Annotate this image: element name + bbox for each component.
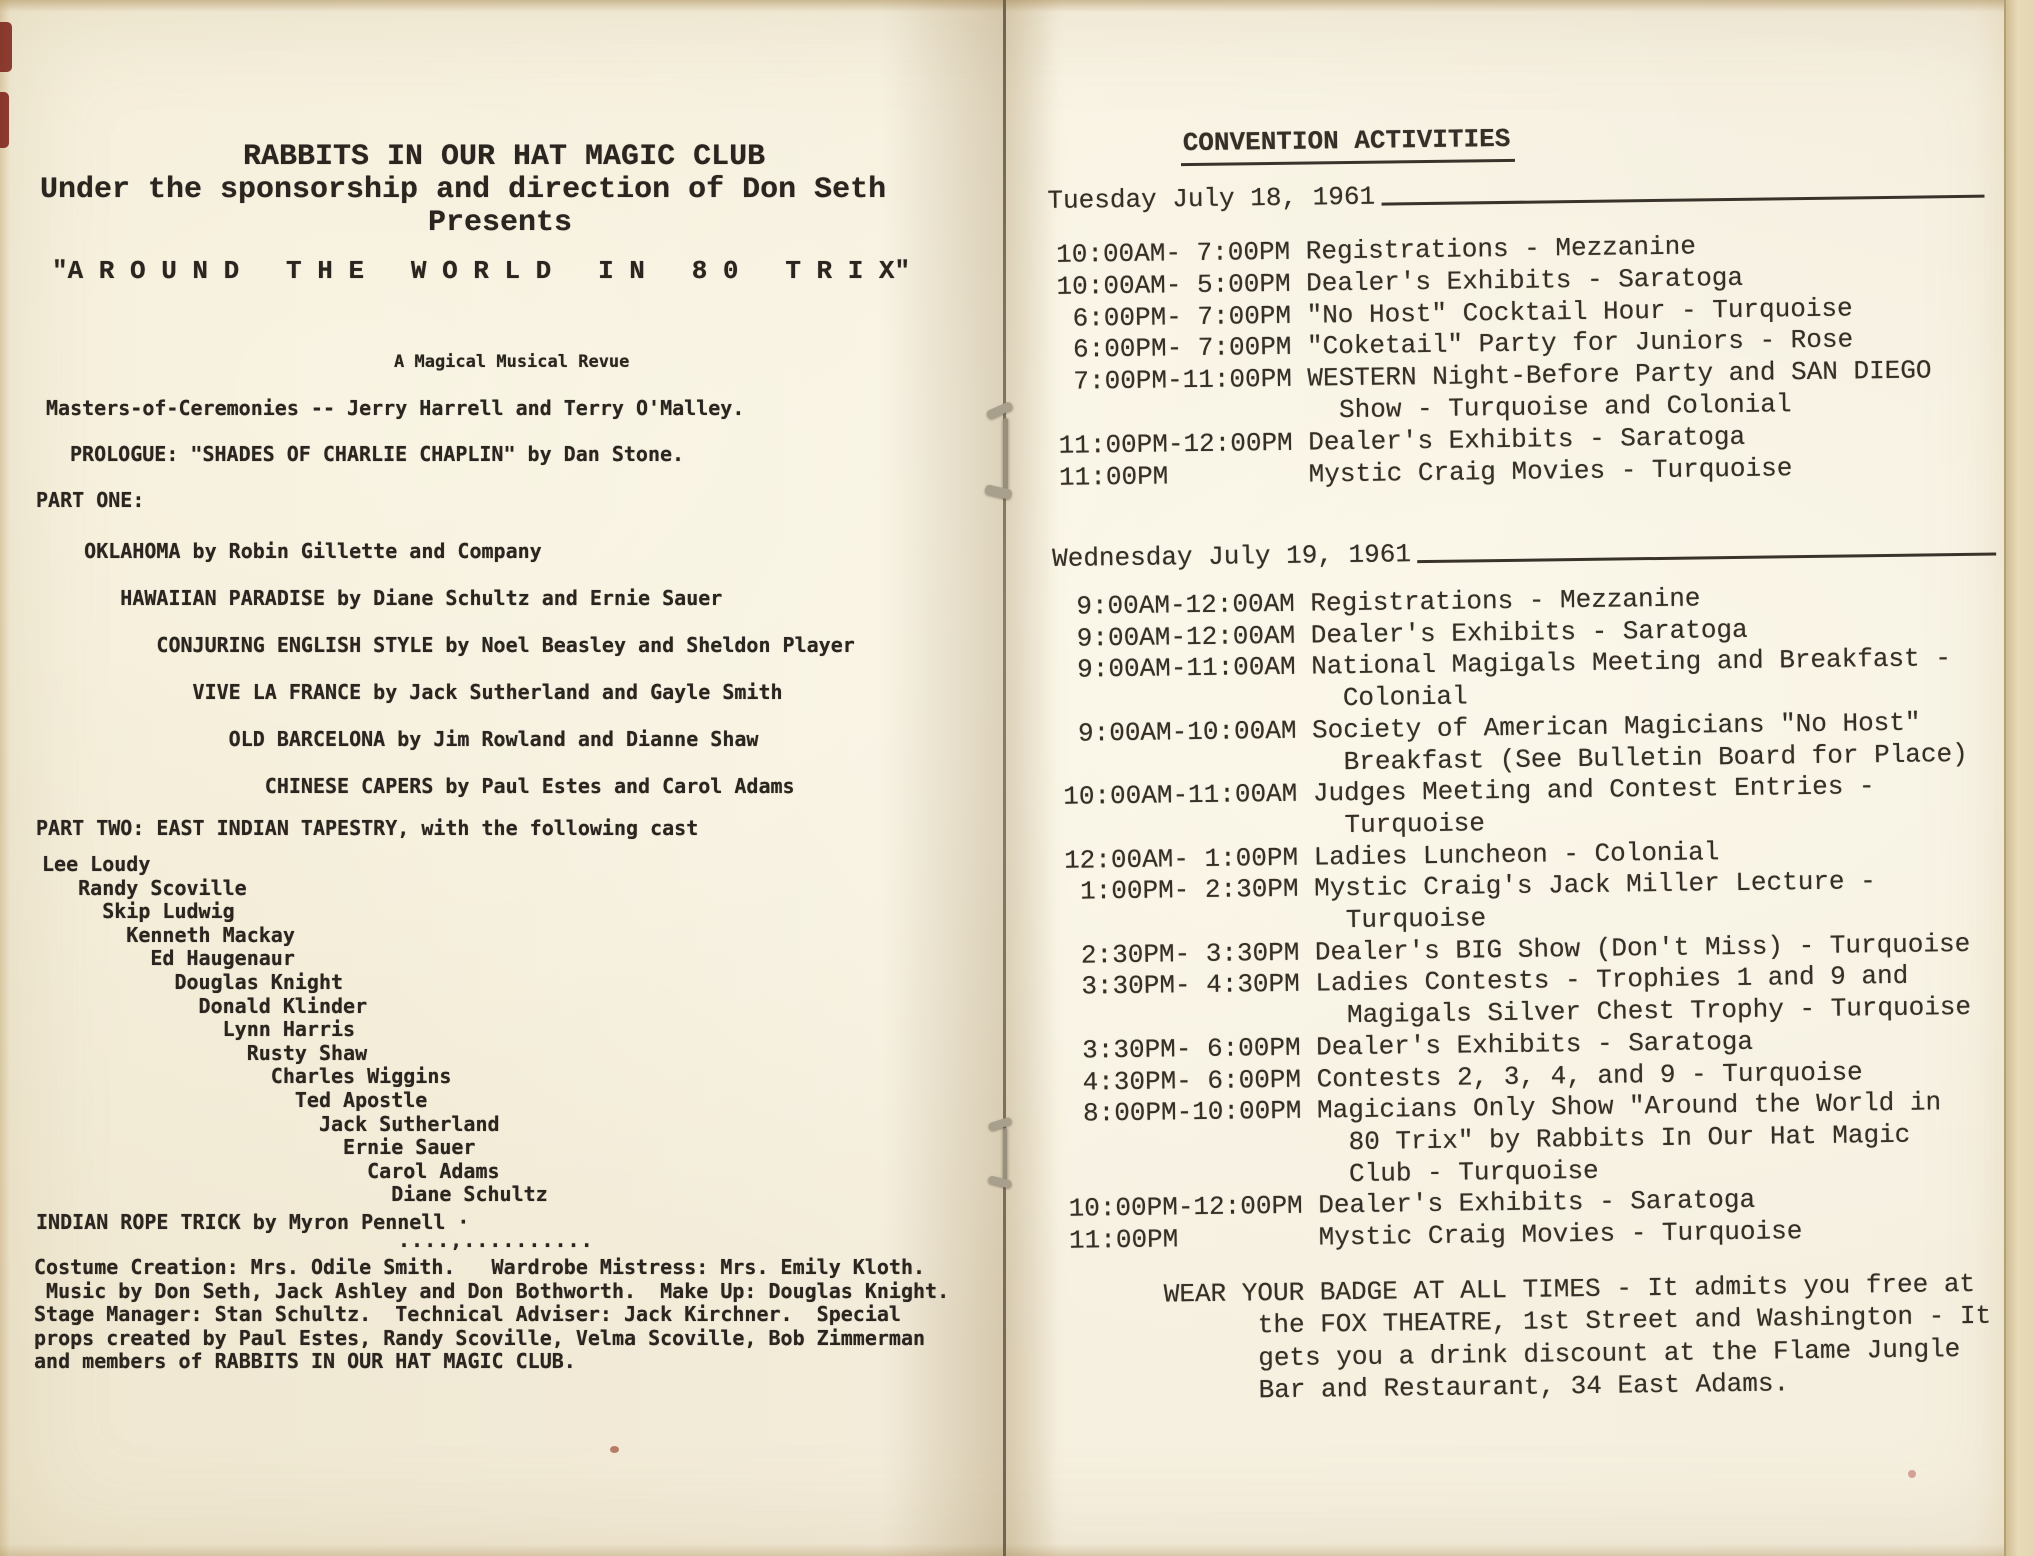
- right-page: CONVENTION ACTIVITIES Tuesday July 18, 1…: [997, 0, 2034, 1556]
- masters-of-ceremonies-line: Masters-of-Ceremonies -- Jerry Harrell a…: [46, 396, 744, 420]
- red-edge-mark: [0, 92, 9, 148]
- cast-list: Lee Loudy Randy Scoville Skip Ludwig Ken…: [42, 853, 548, 1207]
- scan-left-edge-shadow: [0, 0, 10, 1556]
- day-header-tuesday: Tuesday July 18, 1961: [1047, 174, 1984, 216]
- red-edge-mark: [0, 22, 12, 72]
- tuesday-schedule: 10:00AM- 7:00PM Registrations - Mezzanin…: [1056, 228, 1933, 494]
- paper-speck: [610, 1446, 619, 1453]
- show-title: "A R O U N D T H E W O R L D I N 8 0 T R…: [52, 256, 910, 286]
- sponsor-line: Under the sponsorship and direction of D…: [40, 173, 886, 207]
- day-header-rule: [1381, 195, 1984, 206]
- presents-line: Presents: [428, 206, 572, 240]
- badge-notice: WEAR YOUR BADGE AT ALL TIMES - It admits…: [1164, 1268, 1993, 1408]
- prologue-line: PROLOGUE: "SHADES OF CHARLIE CHAPLIN" by…: [70, 442, 684, 466]
- show-subtitle: A Magical Musical Revue: [394, 352, 629, 372]
- part-one-heading: PART ONE:: [36, 488, 144, 512]
- dotted-separator: ....,..........: [398, 1228, 594, 1252]
- production-credits: Costume Creation: Mrs. Odile Smith. Ward…: [34, 1256, 949, 1374]
- convention-activities-title: CONVENTION ACTIVITIES: [1181, 124, 1515, 166]
- part-two-heading: PART TWO: EAST INDIAN TAPESTRY, with the…: [36, 816, 698, 840]
- day-header-wednesday: Wednesday July 19, 1961: [1052, 532, 1996, 574]
- scanned-program-spread: RABBITS IN OUR HAT MAGIC CLUB Under the …: [0, 0, 2034, 1556]
- day-header-rule: [1417, 553, 1996, 564]
- wednesday-schedule: 9:00AM-12:00AM Registrations - Mezzanine…: [1061, 580, 1975, 1258]
- day-header-tuesday-text: Tuesday July 18, 1961: [1047, 182, 1375, 216]
- part-one-program-list: OKLAHOMA by Robin Gillette and Company H…: [36, 528, 855, 810]
- club-name-line: RABBITS IN OUR HAT MAGIC CLUB: [243, 140, 765, 174]
- day-header-wednesday-text: Wednesday July 19, 1961: [1052, 539, 1411, 574]
- staple-icon: [1003, 1128, 1007, 1182]
